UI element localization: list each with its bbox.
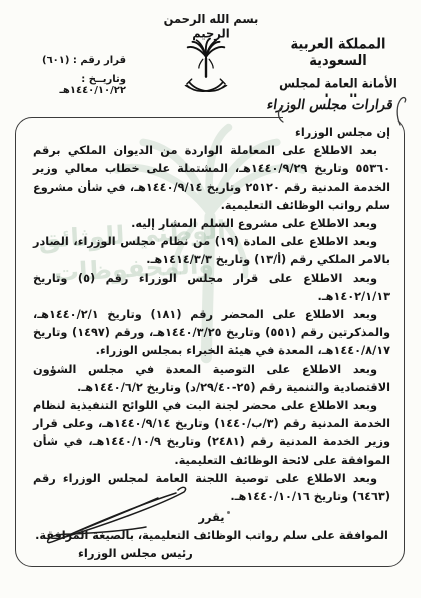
saudi-emblem-icon (181, 37, 231, 99)
paragraph-decision-5: وبعد الاطلاع على قرار مجلس الوزراء رقم (… (33, 270, 390, 306)
paragraph-minutes-181: وبعد الاطلاع على المحضر رقم (١٨١) وتاريخ… (33, 306, 390, 361)
scan-speck (227, 511, 230, 514)
header-right-block: المملكة العربية السعودية الأمانة العامة … (263, 38, 413, 105)
decree-page: بسم الله الرحمن الرحيم المملك (0, 0, 421, 598)
signature-flourish (38, 482, 190, 546)
header-left-block: قرار رقم : (٦٠١) وتاريــخ : ١٤٤٠/١٠/٢٢هـ (22, 55, 126, 96)
signatory-title: رئيس مجلس الوزراء (78, 546, 193, 560)
kingdom-title: المملكة العربية السعودية (263, 37, 413, 70)
frame-left-curl-ornament-icon (275, 104, 285, 124)
decision-date: وتاريــخ : ١٤٤٠/١٠/٢٢هـ (22, 74, 126, 96)
paragraph-salary-scale: وبعد الاطلاع على مشروع السلم المشار إليه… (33, 215, 390, 233)
paragraph-royal-court: بعد الاطلاع على المعاملة الواردة من الدي… (33, 142, 390, 215)
paragraph-economic-council: وبعد الاطلاع على التوصية المعدة في مجلس … (33, 361, 390, 397)
paragraph-civil-service: وبعد الاطلاع على محضر لجنة البت في اللوا… (33, 397, 390, 470)
frame-right-curl-ornament-icon (393, 94, 409, 126)
paragraph-article-19: وبعد الاطلاع على المادة (١٩) من نظام مجل… (33, 233, 390, 269)
opening-line: إن مجلس الوزراء (33, 124, 390, 142)
decision-number: قرار رقم : (٦٠١) (22, 55, 126, 66)
